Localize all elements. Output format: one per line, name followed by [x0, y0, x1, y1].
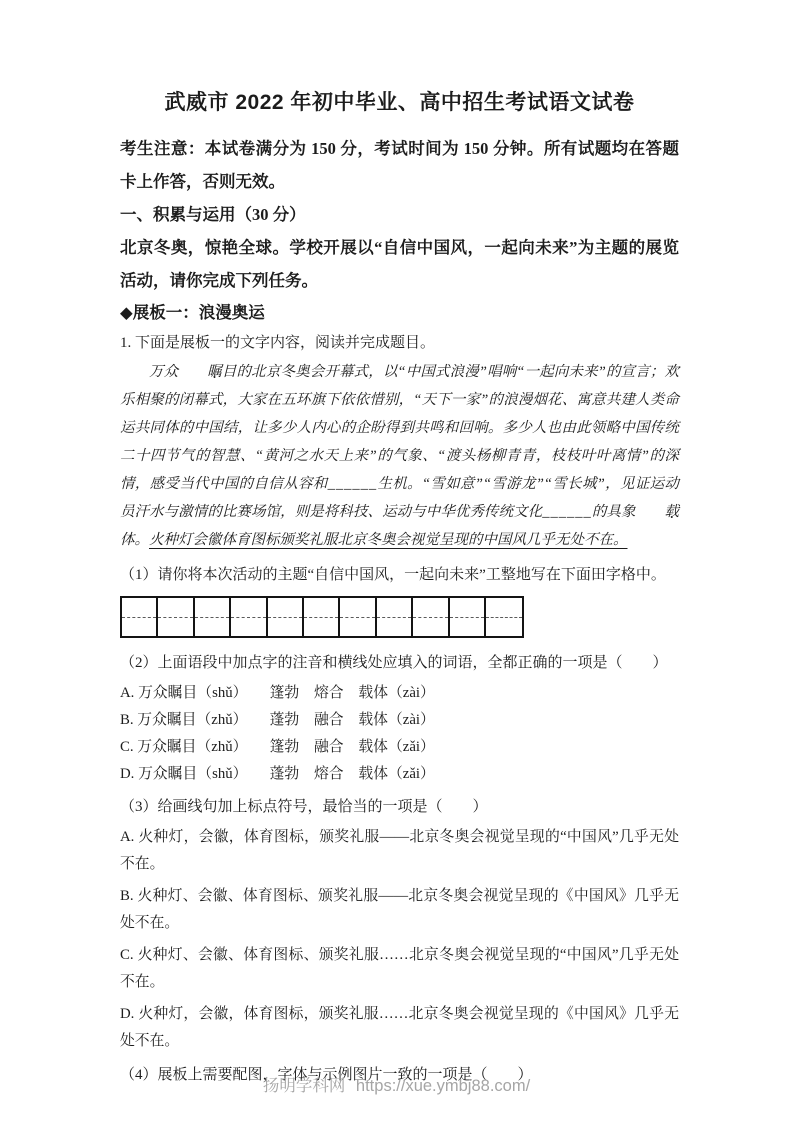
grid-cell: [268, 598, 304, 636]
option-c: C. 火种灯、会徽、体育图标、颁奖礼服……北京冬奥会视觉呈现的“中国风”几乎无处…: [120, 942, 679, 996]
exam-paper-page: 武威市 2022 年初中毕业、高中招生考试语文试卷 考生注意：本试卷满分为 15…: [0, 0, 793, 1122]
page-title: 武威市 2022 年初中毕业、高中招生考试语文试卷: [120, 86, 679, 116]
question-1-part-1-label: （1）请你将本次活动的主题“自信中国风，一起向未来”工整地写在下面田字格中。: [120, 560, 679, 590]
grid-cell: [377, 598, 413, 636]
passage-segment-underline: 火种灯会徽体育图标颁奖礼服北京冬奥会视觉呈现的中国风几乎无处不在。: [149, 532, 628, 548]
question-1-part-3-label: （3）给画线句加上标点符号，最恰当的一项是（ ）: [120, 792, 679, 822]
passage-segment-dotted: 瞩: [178, 358, 222, 386]
question-3-options: A. 火种灯，会徽，体育图标，颁奖礼服——北京冬奥会视觉呈现的“中国风”几乎无处…: [120, 824, 679, 1055]
reading-passage: 万众瞩目的北京冬奥会开幕式，以“中国式浪漫”唱响“一起向未来”的宣言；欢乐相聚的…: [120, 358, 679, 554]
passage-segment-normal: 的具象: [592, 504, 636, 520]
writing-character-grid: [120, 596, 524, 638]
option-b: B. 火种灯、会徽、体育图标、颁奖礼服——北京冬奥会视觉呈现的《中国风》几乎无处…: [120, 883, 679, 937]
section-heading: 一、积累与运用（30 分）: [120, 198, 679, 231]
grid-cell: [413, 598, 449, 636]
question-1-stem: 1. 下面是展板一的文字内容，阅读并完成题目。: [120, 328, 679, 358]
question-2-options: A. 万众瞩目（shǔ） 篷勃 熔合 载体（zài）B. 万众瞩目（zhǔ） 蓬…: [120, 680, 679, 788]
grid-cell: [486, 598, 522, 636]
grid-cell: [340, 598, 376, 636]
grid-cell: [231, 598, 267, 636]
grid-cell: [122, 598, 158, 636]
question-1-part-2-label: （2）上面语段中加点字的注音和横线处应填入的词语，全都正确的一项是（ ）: [120, 648, 679, 678]
section-intro: 北京冬奥，惊艳全球。学校开展以“自信中国风，一起向未来”为主题的展览活动，请你完…: [120, 231, 679, 297]
board-one-title: ◆展板一：浪漫奥运: [120, 297, 679, 328]
grid-cell: [158, 598, 194, 636]
option-d: D. 火种灯，会徽，体育图标，颁奖礼服……北京冬奥会视觉呈现的《中国风》几乎无处…: [120, 1001, 679, 1055]
option-a: A. 万众瞩目（shǔ） 篷勃 熔合 载体（zài）: [120, 680, 679, 707]
option-a: A. 火种灯，会徽，体育图标，颁奖礼服——北京冬奥会视觉呈现的“中国风”几乎无处…: [120, 824, 679, 878]
grid-cell: [450, 598, 486, 636]
passage-segment-blank: ______: [542, 504, 592, 520]
option-d: D. 万众瞩目（shǔ） 蓬勃 熔合 载体（zǎi）: [120, 761, 679, 788]
option-b: B. 万众瞩目（zhǔ） 蓬勃 融合 载体（zài）: [120, 707, 679, 734]
option-c: C. 万众瞩目（zhǔ） 篷勃 融合 载体（zǎi）: [120, 734, 679, 761]
passage-segment-normal: 万众: [149, 364, 178, 380]
passage-segment-dotted: 载: [636, 498, 680, 526]
grid-cell: [304, 598, 340, 636]
grid-cell: [195, 598, 231, 636]
exam-notice: 考生注意：本试卷满分为 150 分，考试时间为 150 分钟。所有试题均在答题卡…: [120, 132, 679, 198]
passage-segment-blank: ______: [328, 476, 378, 492]
passage-segment-normal: 体。: [120, 532, 149, 548]
page-footer: 扬明学科网 https://xue.ymbj88.com/: [0, 1072, 793, 1096]
footer-site-url: https://xue.ymbj88.com/: [356, 1077, 530, 1095]
footer-site-name: 扬明学科网: [263, 1077, 346, 1095]
